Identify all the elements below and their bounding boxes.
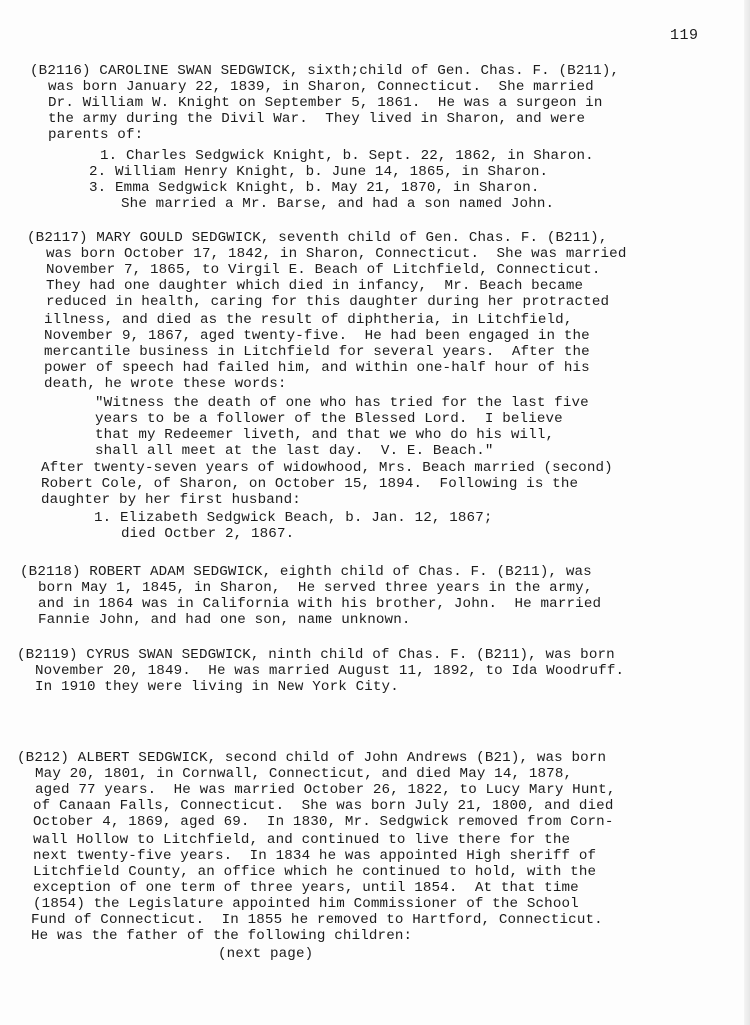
entry-line: was born October 17, 1842, in Sharon, Co… [46, 246, 626, 262]
entry-line: wall Hollow to Litchfield, and continued… [33, 832, 570, 848]
entry-line: Dr. William W. Knight on September 5, 18… [48, 95, 603, 111]
entry-line: (1854) the Legislature appointed him Com… [33, 896, 579, 912]
child-list-item: 3. Emma Sedgwick Knight, b. May 21, 1870… [89, 180, 540, 196]
entry-heading: (B2119) CYRUS SWAN SEDGWICK, ninth child… [17, 647, 615, 663]
next-page-note: (next page) [218, 946, 313, 962]
quote-line: years to be a follower of the Blessed Lo… [95, 411, 563, 427]
entry-line: and in 1864 was in California with his b… [38, 596, 601, 612]
entry-line: next twenty-five years. In 1834 he was a… [33, 848, 596, 864]
entry-line: of Canaan Falls, Connecticut. She was bo… [33, 798, 613, 814]
entry-line: They had one daughter which died in infa… [46, 278, 583, 294]
entry-line: After twenty-seven years of widowhood, M… [41, 460, 613, 476]
entry-line: He was the father of the following child… [31, 928, 412, 944]
entry-line: Fund of Connecticut. In 1855 he removed … [31, 912, 603, 928]
entry-line: mercantile business in Litchfield for se… [44, 344, 590, 360]
quote-line: shall all meet at the last day. V. E. Be… [95, 443, 494, 459]
quote-line: that my Redeemer liveth, and that we who… [95, 427, 554, 443]
entry-line: the army during the Divil War. They live… [48, 111, 585, 127]
document-page: 119 (B2116) CAROLINE SWAN SEDGWICK, sixt… [0, 0, 750, 1025]
entry-line: Robert Cole, of Sharon, on October 15, 1… [41, 476, 578, 492]
entry-line: Litchfield County, an office which he co… [33, 864, 596, 880]
page-edge-shadow [744, 0, 750, 1025]
entry-heading: (B2118) ROBERT ADAM SEDGWICK, eighth chi… [20, 564, 592, 580]
child-list-item: 1. Elizabeth Sedgwick Beach, b. Jan. 12,… [94, 510, 493, 526]
entry-line: born May 1, 1845, in Sharon, He served t… [38, 580, 593, 596]
entry-line: reduced in health, caring for this daugh… [46, 294, 609, 310]
quote-line: "Witness the death of one who has tried … [95, 395, 589, 411]
entry-line: parents of: [48, 127, 143, 143]
entry-line: November 7, 1865, to Virgil E. Beach of … [46, 262, 601, 278]
entry-heading: (B2117) MARY GOULD SEDGWICK, seventh chi… [27, 230, 607, 246]
entry-line: May 20, 1801, in Cornwall, Connecticut, … [35, 766, 572, 782]
entry-line: was born January 22, 1839, in Sharon, Co… [48, 79, 594, 95]
entry-line: November 9, 1867, aged twenty-five. He h… [44, 328, 590, 344]
entry-line: death, he wrote these words: [44, 376, 287, 392]
child-note: She married a Mr. Barse, and had a son n… [121, 196, 554, 212]
entry-line: October 4, 1869, aged 69. In 1830, Mr. S… [33, 814, 613, 830]
child-note: died Octber 2, 1867. [121, 526, 294, 542]
child-list-item: 1. Charles Sedgwick Knight, b. Sept. 22,… [100, 148, 594, 164]
entry-line: In 1910 they were living in New York Cit… [35, 679, 399, 695]
child-list-item: 2. William Henry Knight, b. June 14, 186… [89, 164, 548, 180]
entry-line: aged 77 years. He was married October 26… [35, 782, 615, 798]
entry-heading: (B2116) CAROLINE SWAN SEDGWICK, sixth;ch… [30, 63, 619, 79]
page-number: 119 [670, 27, 699, 44]
entry-line: Fannie John, and had one son, name unkno… [38, 612, 411, 628]
entry-line: power of speech had failed him, and with… [44, 360, 590, 376]
entry-line: illness, and died as the result of dipht… [44, 312, 573, 328]
entry-line: November 20, 1849. He was married August… [35, 663, 624, 679]
entry-line: exception of one term of three years, un… [33, 880, 579, 896]
entry-line: daughter by her first husband: [41, 492, 301, 508]
entry-heading: (B212) ALBERT SEDGWICK, second child of … [17, 750, 606, 766]
